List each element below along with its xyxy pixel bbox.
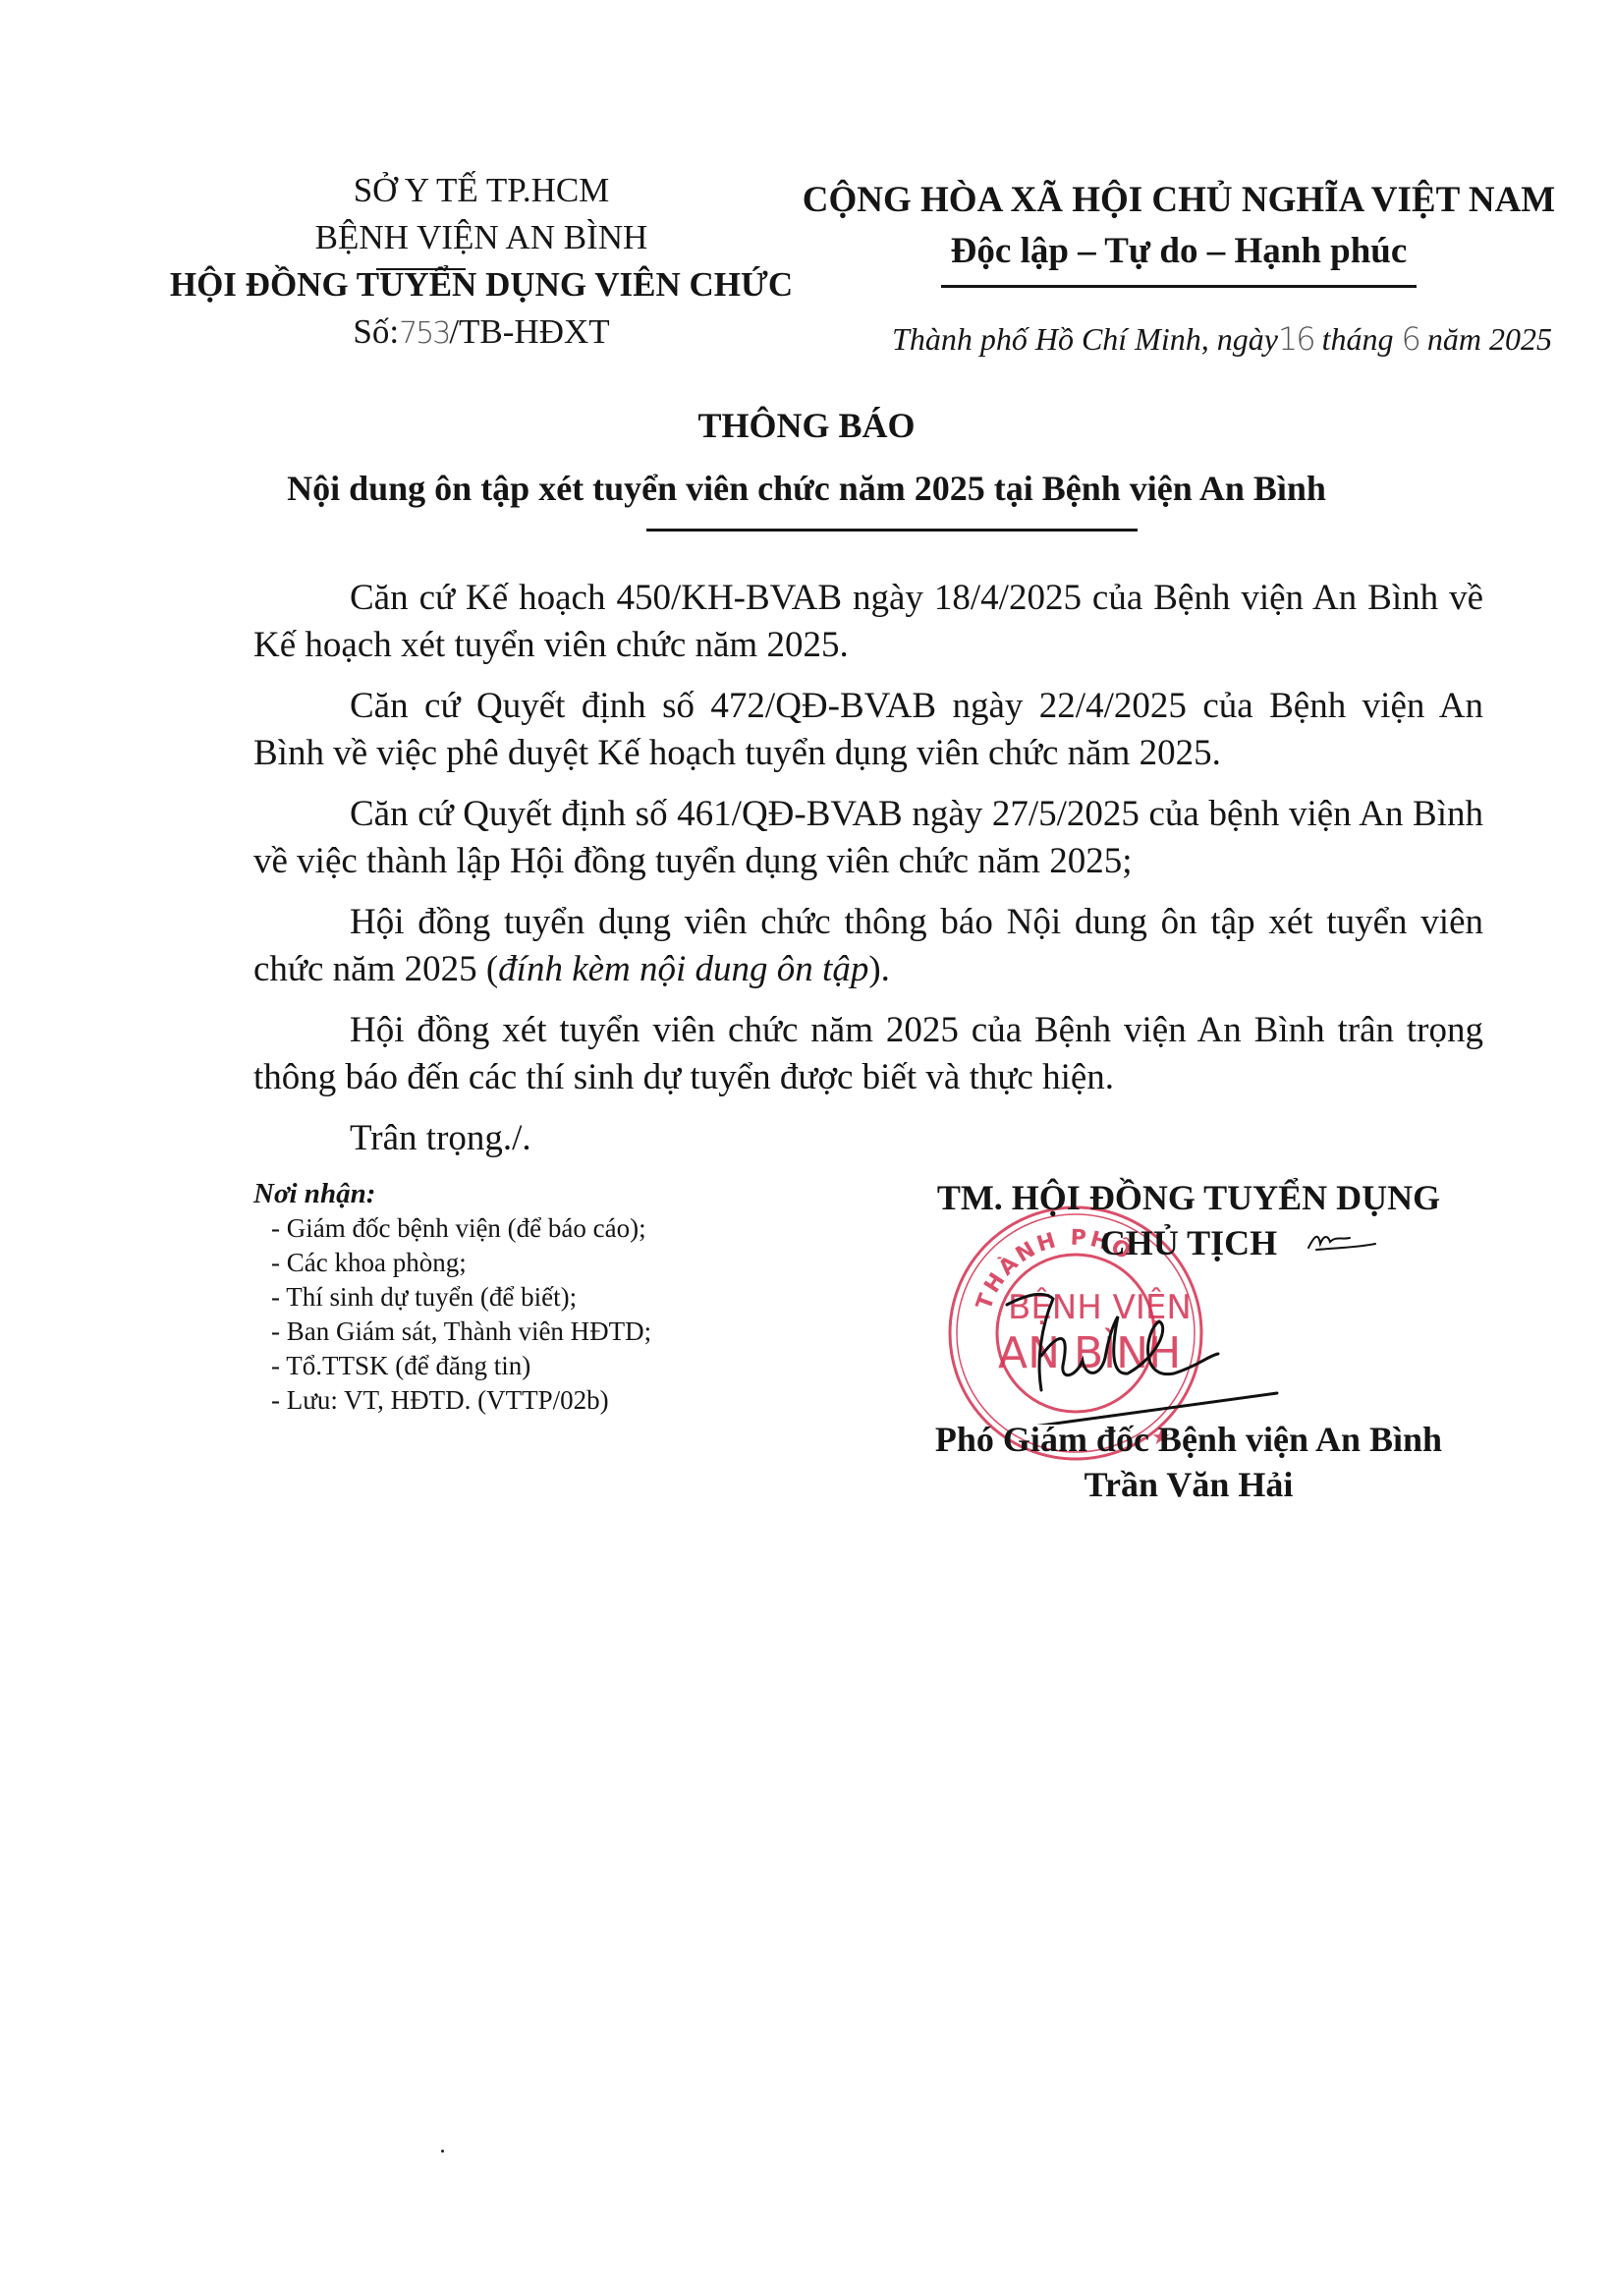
date-prefix: Thành phố Hồ Chí Minh, ngày	[892, 321, 1278, 357]
council-name: HỘI ĐỒNG TUYỂN DỤNG VIÊN CHỨC	[147, 261, 815, 308]
document-number-prefix: Số:	[353, 312, 399, 351]
closing-salutation: Trân trọng./.	[253, 1115, 1483, 1162]
recipients-block: Nơi nhận: - Giám đốc bệnh viện (để báo c…	[253, 1177, 862, 1418]
recipient-item: - Ban Giám sát, Thành viên HĐTD;	[271, 1315, 862, 1349]
scan-speck	[441, 2150, 444, 2153]
recipient-item: - Lưu: VT, HĐTD. (VTTP/02b)	[271, 1383, 862, 1418]
document-number: Số:753/TB-HĐXT	[147, 308, 815, 358]
legal-basis-1: Căn cứ Kế hoạch 450/KH-BVAB ngày 18/4/20…	[253, 575, 1483, 669]
date-day: 16	[1278, 320, 1314, 358]
legal-basis-2: Căn cứ Quyết định số 472/QĐ-BVAB ngày 22…	[253, 683, 1483, 777]
country-name: CỘNG HÒA XÃ HỘI CHỦ NGHĨA VIỆT NAM	[786, 175, 1572, 226]
national-header-block: CỘNG HÒA XÃ HỘI CHỦ NGHĨA VIỆT NAM Độc l…	[786, 175, 1572, 288]
recipient-item: - Thí sinh dự tuyển (để biết);	[271, 1280, 862, 1315]
document-number-handwritten: 753	[399, 316, 449, 351]
issuing-agency-block: SỞ Y TẾ TP.HCM BỆNH VIỆN AN BÌNH HỘI ĐỒN…	[147, 167, 815, 358]
recipients-heading: Nơi nhận:	[253, 1177, 862, 1211]
notice-paragraph: Hội đồng xét tuyển viên chức năm 2025 củ…	[253, 1007, 1483, 1101]
hospital-name: BỆNH VIỆN AN BÌNH	[147, 214, 815, 261]
announcement-end: ).	[868, 949, 890, 989]
national-motto: Độc lập – Tự do – Hạnh phúc	[941, 226, 1418, 288]
handwritten-signature-icon	[1002, 1287, 1297, 1425]
document-body: Căn cứ Kế hoạch 450/KH-BVAB ngày 18/4/20…	[253, 575, 1483, 1176]
signatory-on-behalf: TM. HỘI ĐỒNG TUYỂN DỤNG	[884, 1175, 1493, 1220]
document-number-suffix: /TB-HĐXT	[449, 312, 609, 351]
department-name: SỞ Y TẾ TP.HCM	[147, 167, 815, 214]
document-title: THÔNG BÁO	[0, 405, 1613, 446]
legal-basis-3: Căn cứ Quyết định số 461/QĐ-BVAB ngày 27…	[253, 791, 1483, 885]
issue-date: Thành phố Hồ Chí Minh, ngày16 tháng 6 nă…	[855, 320, 1552, 358]
recipients-list: - Giám đốc bệnh viện (để báo cáo); - Các…	[253, 1211, 862, 1418]
recipient-item: - Giám đốc bệnh viện (để báo cáo);	[271, 1211, 862, 1246]
signatory-name: Trần Văn Hải	[884, 1462, 1493, 1507]
date-month: 6	[1402, 320, 1419, 358]
announcement-paragraph: Hội đồng tuyển dụng viên chức thông báo …	[253, 899, 1483, 993]
council-name-text: HỘI ĐỒNG TUYỂN DỤNG VIÊN CHỨC	[170, 265, 793, 304]
initials-mark-icon	[1307, 1226, 1385, 1256]
attachment-note: đính kèm nội dung ôn tập	[498, 949, 868, 989]
document-subtitle: Nội dung ôn tập xét tuyển viên chức năm …	[0, 468, 1613, 509]
council-underline	[376, 268, 466, 270]
recipient-item: - Các khoa phòng;	[271, 1246, 862, 1280]
signatory-role: CHỦ TỊCH	[884, 1220, 1493, 1265]
date-year: năm 2025	[1427, 321, 1552, 357]
recipient-item: - Tổ.TTSK (để đăng tin)	[271, 1349, 862, 1383]
date-month-label: tháng	[1322, 321, 1394, 357]
title-divider	[646, 529, 1138, 532]
